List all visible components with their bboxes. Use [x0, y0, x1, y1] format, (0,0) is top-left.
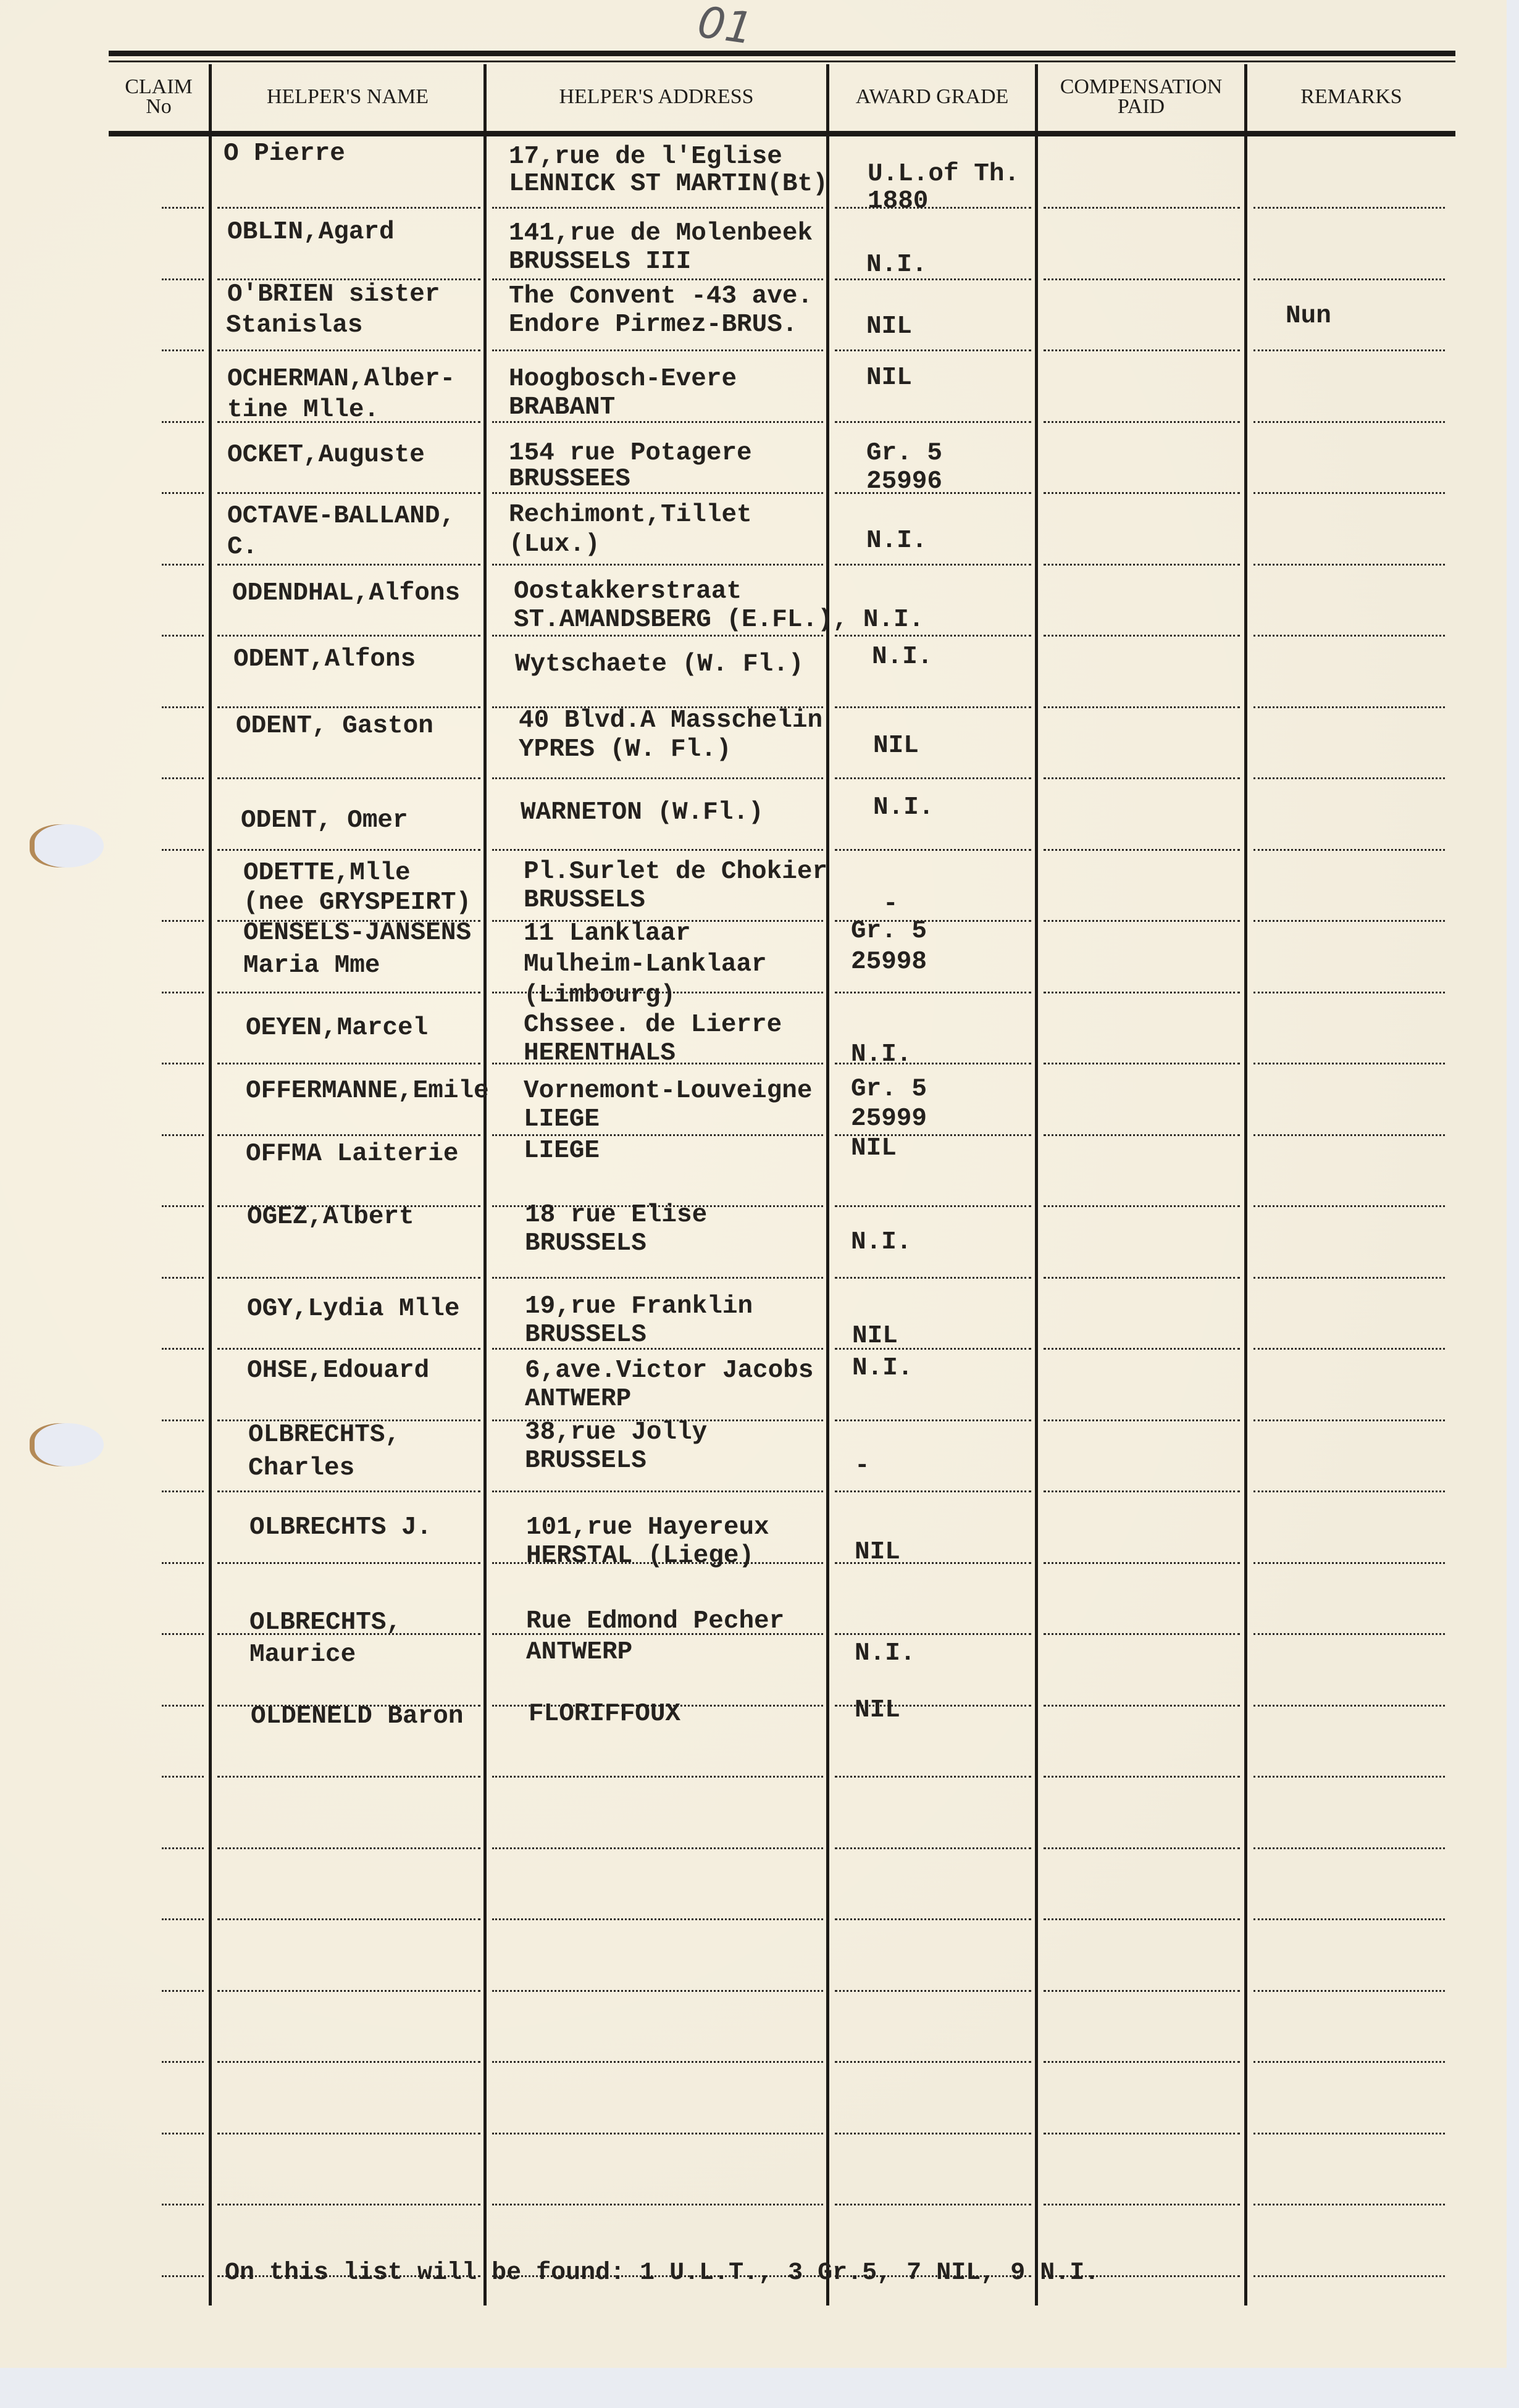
row-rule [1044, 706, 1240, 708]
row-18-address-line-1: 6,ave.Victor Jacobs [525, 1356, 813, 1386]
row-10-name: ODENT, Omer [241, 806, 408, 836]
row-rule [1253, 1134, 1445, 1136]
row-rule [1044, 1134, 1240, 1136]
row-19-address-line-1: 38,rue Jolly [525, 1418, 707, 1448]
row-11-address-line-1: Pl.Surlet de Chokier [524, 857, 827, 887]
row-rule [162, 1633, 204, 1635]
row-rule [835, 2061, 1031, 2063]
row-1-name: O Pierre [224, 139, 345, 169]
row-rule [492, 278, 823, 280]
row-rule [217, 2204, 480, 2205]
row-rule [1044, 564, 1240, 566]
header-top-rule [109, 51, 1455, 56]
row-19-address-line-2: BRUSSELS [525, 1446, 647, 1476]
row-2-address-line-2: BRUSSELS III [509, 247, 691, 277]
row-rule [217, 1277, 480, 1279]
row-rule [162, 564, 204, 566]
row-rule [835, 1277, 1031, 1279]
row-rule [1253, 2061, 1445, 2063]
row-rule [835, 421, 1031, 423]
row-rule [162, 920, 204, 922]
row-rule [162, 1776, 204, 1778]
row-rule [492, 777, 823, 779]
row-rule [1044, 492, 1240, 494]
row-rule [1253, 706, 1445, 708]
row-rule [217, 564, 480, 566]
row-9-address-line-2: YPRES (W. Fl.) [519, 735, 731, 765]
header-paid-label: PAID [1118, 97, 1165, 117]
row-rule [217, 2061, 480, 2063]
row-rule [1253, 1847, 1445, 1849]
row-rule [217, 492, 480, 494]
row-rule [162, 492, 204, 494]
row-rule [162, 1205, 204, 1207]
row-rule [217, 1063, 480, 1064]
row-rule [492, 849, 823, 851]
row-12-address-line-3: (Limbourg) [524, 980, 676, 1011]
row-3-name-line-1: O'BRIEN sister [227, 280, 440, 310]
row-rule [835, 1633, 1031, 1635]
row-4-award: NIL [866, 363, 912, 393]
row-rule [1253, 421, 1445, 423]
row-19-name-line-1: OLBRECHTS, [248, 1420, 400, 1450]
row-10-address: WARNETON (W.Fl.) [521, 798, 764, 828]
row-rule [217, 635, 480, 637]
row-rule [217, 706, 480, 708]
row-rule [1253, 849, 1445, 851]
row-rule [835, 564, 1031, 566]
row-5-award-line-1: Gr. 5 [866, 438, 942, 469]
column-divider-5 [1244, 64, 1247, 2306]
row-rule [217, 849, 480, 851]
row-1-award-line-1: U.L.of Th. [868, 159, 1019, 190]
row-rule [1044, 2204, 1240, 2205]
row-rule [1044, 1063, 1240, 1064]
row-14-address-line-1: Vornemont-Louveigne [524, 1076, 812, 1106]
row-17-name: OGY,Lydia Mlle [247, 1294, 459, 1324]
row-rule [1253, 1348, 1445, 1350]
row-14-name: OFFERMANNE,Emile [246, 1076, 489, 1106]
row-rule [492, 349, 823, 351]
row-9-name: ODENT, Gaston [236, 711, 433, 742]
row-16-address-line-2: BRUSSELS [525, 1229, 647, 1259]
row-rule [1044, 207, 1240, 209]
row-1-award-line-2: 1880 [868, 186, 928, 217]
row-rule [1253, 1918, 1445, 1920]
row-2-address-line-1: 141,rue de Molenbeek [509, 219, 813, 249]
header-helpers-name: HELPER'S NAME [212, 69, 483, 125]
punch-hole-bottom [30, 1423, 104, 1466]
row-rule [1253, 492, 1445, 494]
row-21-address-line-2: ANTWERP [526, 1637, 632, 1668]
row-11-address-line-2: BRUSSELS [524, 885, 645, 916]
column-divider-1 [209, 64, 212, 2306]
row-rule [492, 207, 823, 209]
row-rule [1044, 1705, 1240, 1707]
row-rule [162, 777, 204, 779]
header-compensation-label: COMPENSATION [1060, 77, 1223, 97]
row-rule [835, 278, 1031, 280]
row-rule [162, 2133, 204, 2134]
header-helpers-address: HELPER'S ADDRESS [487, 69, 826, 125]
row-rule [162, 849, 204, 851]
row-rule [1044, 278, 1240, 280]
row-rule [492, 1847, 823, 1849]
row-rule [1253, 1705, 1445, 1707]
row-11-name-line-1: ODETTE,Mlle [243, 858, 411, 888]
row-14-award-line-2: 25999 [851, 1104, 927, 1134]
row-rule [162, 1063, 204, 1064]
row-rule [162, 2204, 204, 2205]
row-6-address-line-2: (Lux.) [509, 530, 600, 560]
row-rule [835, 1990, 1031, 1992]
row-rule [162, 706, 204, 708]
row-rule [1253, 2275, 1445, 2277]
row-21-name-line-2: Maurice [249, 1640, 356, 1670]
column-divider-2 [483, 64, 487, 2306]
row-6-name-line-2: C. [227, 532, 257, 562]
row-rule [217, 2133, 480, 2134]
row-rule [1044, 777, 1240, 779]
row-20-address-line-2: HERSTAL (Liege) [526, 1541, 754, 1571]
row-17-address-line-2: BRUSSELS [525, 1320, 647, 1350]
row-14-award-line-1: Gr. 5 [851, 1074, 927, 1105]
row-1-address-line-2: LENNICK ST MARTIN(Bt) [509, 169, 828, 199]
row-rule [162, 2275, 204, 2277]
row-20-name: OLBRECHTS J. [249, 1513, 432, 1543]
row-rule [217, 1348, 480, 1350]
row-22-address: FLORIFFOUX [529, 1699, 680, 1729]
row-rule [217, 349, 480, 351]
row-21-award: N.I. [855, 1639, 915, 1669]
row-11-name-line-2: (nee GRYSPEIRT) [243, 888, 471, 918]
row-rule [1253, 1776, 1445, 1778]
row-17-award: NIL [852, 1321, 898, 1352]
row-rule [492, 1277, 823, 1279]
header-claim-no: CLAIM No [109, 69, 209, 125]
row-2-award: N.I. [866, 250, 927, 280]
row-8-address: Wytschaete (W. Fl.) [515, 650, 803, 680]
row-12-name-line-1: OENSELS-JANSENS [243, 918, 471, 948]
row-12-award-line-1: Gr. 5 [851, 916, 927, 947]
row-rule [835, 777, 1031, 779]
row-rule [162, 1918, 204, 1920]
row-rule [1253, 635, 1445, 637]
row-13-award: N.I. [851, 1040, 911, 1070]
row-rule [162, 635, 204, 637]
row-12-address-line-2: Mulheim-Lanklaar [524, 950, 767, 980]
row-rule [217, 1776, 480, 1778]
row-4-name-line-1: OCHERMAN,Alber- [227, 364, 455, 395]
row-19-name-line-2: Charles [248, 1453, 354, 1484]
row-22-award: NIL [855, 1695, 900, 1726]
row-rule [835, 1419, 1031, 1421]
row-rule [1253, 1633, 1445, 1635]
row-rule [217, 1847, 480, 1849]
row-7-name: ODENDHAL,Alfons [232, 579, 460, 609]
row-rule [1044, 1918, 1240, 1920]
row-rule [835, 1205, 1031, 1207]
row-rule [492, 1918, 823, 1920]
row-rule [1253, 1205, 1445, 1207]
row-4-address-line-1: Hoogbosch-Evere [509, 364, 737, 395]
row-rule [1044, 635, 1240, 637]
row-3-address-line-1: The Convent -43 ave. [509, 282, 813, 312]
row-8-award: N.I. [872, 642, 932, 672]
row-rule [217, 1134, 480, 1136]
row-rule [1044, 849, 1240, 851]
row-rule [1044, 2133, 1240, 2134]
row-4-name-line-2: tine Mlle. [227, 395, 379, 425]
row-rule [1044, 1990, 1240, 1992]
row-rule [1044, 1776, 1240, 1778]
row-rule [1253, 1490, 1445, 1492]
row-15-award: NIL [851, 1134, 897, 1164]
row-rule [1253, 992, 1445, 993]
row-rule [217, 1918, 480, 1920]
row-rule [492, 1776, 823, 1778]
row-rule [162, 1490, 204, 1492]
row-15-name: OFFMA Laiterie [246, 1139, 458, 1169]
row-18-address-line-2: ANTWERP [525, 1384, 631, 1415]
row-20-award: NIL [855, 1537, 900, 1568]
row-rule [1253, 2133, 1445, 2134]
row-3-address-line-2: Endore Pirmez-BRUS. [509, 310, 797, 340]
row-rule [1044, 1633, 1240, 1635]
row-9-award: NIL [873, 731, 919, 761]
row-rule [492, 1490, 823, 1492]
row-rule [217, 1990, 480, 1992]
row-rule [162, 992, 204, 993]
row-10-award: N.I. [873, 793, 934, 823]
row-16-award: N.I. [851, 1227, 911, 1258]
row-12-address-line-1: 11 Lanklaar [524, 919, 691, 949]
row-5-address-line-2: BRUSSEES [509, 464, 630, 495]
row-rule [1044, 1419, 1240, 1421]
row-rule [1253, 349, 1445, 351]
row-rule [835, 349, 1031, 351]
row-rule [162, 1705, 204, 1707]
row-5-name: OCKET,Auguste [227, 440, 425, 470]
row-14-address-line-2: LIEGE [524, 1105, 600, 1135]
pencil-page-mark: 01 [695, 0, 756, 54]
row-rule [217, 207, 480, 209]
row-17-address-line-1: 19,rue Franklin [525, 1292, 753, 1322]
row-rule [492, 2204, 823, 2205]
column-divider-3 [826, 64, 829, 2306]
header-claim-label: CLAIM [125, 77, 193, 97]
header-bottom-rule [109, 131, 1455, 136]
row-rule [1044, 2061, 1240, 2063]
row-rule [835, 207, 1031, 209]
row-rule [162, 2061, 204, 2063]
row-rule [162, 278, 204, 280]
row-rule [217, 777, 480, 779]
list-summary: On this list will be found: 1 U.L.T., 3 … [225, 2258, 1099, 2288]
row-rule [162, 1847, 204, 1849]
row-rule [1253, 1063, 1445, 1064]
row-16-address-line-1: 18 rue Elise [525, 1200, 707, 1231]
row-rule [1253, 1277, 1445, 1279]
row-3-remarks: Nun [1286, 301, 1331, 332]
row-18-award: N.I. [852, 1353, 913, 1384]
row-3-name-line-2: Stanislas [226, 311, 362, 341]
row-4-address-line-2: BRABANT [509, 393, 615, 423]
row-rule [1044, 1562, 1240, 1564]
row-rule [1044, 1348, 1240, 1350]
header-no-label: No [146, 97, 172, 117]
row-21-address-line-1: Rue Edmond Pecher [526, 1607, 784, 1637]
row-rule [1253, 920, 1445, 922]
row-21-name-line-1: OLBRECHTS, [249, 1608, 401, 1638]
row-rule [1044, 1277, 1240, 1279]
row-3-award: NIL [866, 312, 912, 342]
header-top-thin-rule [109, 61, 1455, 62]
row-2-name: OBLIN,Agard [227, 217, 395, 248]
row-22-name: OLDENELD Baron [251, 1702, 463, 1732]
row-rule [1253, 777, 1445, 779]
row-rule [492, 564, 823, 566]
row-rule [162, 1990, 204, 1992]
row-rule [217, 1562, 480, 1564]
row-rule [162, 1277, 204, 1279]
row-rule [492, 1990, 823, 1992]
row-18-name: OHSE,Edouard [247, 1356, 429, 1386]
row-7-address-line-2: ST.AMANDSBERG (E.FL.), N.I. [514, 605, 924, 635]
row-rule [162, 1134, 204, 1136]
row-rule [162, 1348, 204, 1350]
row-12-award-line-2: 25998 [851, 947, 927, 977]
row-rule [217, 992, 480, 993]
row-rule [1044, 421, 1240, 423]
row-rule [835, 2133, 1031, 2134]
row-rule [835, 1776, 1031, 1778]
row-rule [835, 1490, 1031, 1492]
row-rule [1044, 920, 1240, 922]
punch-hole-top [30, 824, 104, 867]
row-rule [162, 1562, 204, 1564]
row-rule [1253, 1990, 1445, 1992]
row-rule [1253, 1562, 1445, 1564]
row-rule [217, 1490, 480, 1492]
row-13-address-line-2: HERENTHALS [524, 1039, 676, 1069]
row-rule [1044, 1490, 1240, 1492]
row-6-address-line-1: Rechimont,Tillet [509, 500, 752, 530]
header-remarks: REMARKS [1247, 69, 1455, 125]
row-1-address-line-1: 17,rue de l'Eglise [509, 142, 782, 172]
row-rule [835, 1847, 1031, 1849]
row-rule [492, 2061, 823, 2063]
row-11-award: - [883, 889, 898, 919]
row-rule [1044, 349, 1240, 351]
row-rule [1044, 1847, 1240, 1849]
row-8-name: ODENT,Alfons [233, 645, 416, 675]
row-rule [1253, 278, 1445, 280]
row-rule [1253, 564, 1445, 566]
row-6-award: N.I. [866, 526, 927, 556]
document-page [0, 0, 1507, 2368]
row-5-award-line-2: 25996 [866, 467, 942, 497]
row-rule [835, 706, 1031, 708]
row-20-address-line-1: 101,rue Hayereux [526, 1513, 769, 1543]
row-rule [162, 207, 204, 209]
row-12-name-line-2: Maria Mme [243, 951, 380, 981]
row-rule [162, 421, 204, 423]
row-16-name: OGEZ,Albert [247, 1202, 414, 1232]
row-rule [1253, 1419, 1445, 1421]
header-compensation-paid: COMPENSATION PAID [1038, 69, 1244, 125]
row-rule [835, 992, 1031, 993]
header-award-grade: AWARD GRADE [829, 69, 1035, 125]
row-6-name-line-1: OCTAVE-BALLAND, [227, 501, 455, 532]
row-rule [835, 849, 1031, 851]
row-rule [1253, 2204, 1445, 2205]
row-rule [835, 1918, 1031, 1920]
row-rule [1044, 992, 1240, 993]
row-13-address-line-1: Chssee. de Lierre [524, 1010, 782, 1040]
row-15-address: LIEGE [524, 1136, 600, 1166]
row-rule [162, 1419, 204, 1421]
row-7-address-line-1: Oostakkerstraat [514, 577, 742, 607]
row-rule [162, 349, 204, 351]
row-13-name: OEYEN,Marcel [246, 1013, 428, 1043]
row-9-address-line-1: 40 Blvd.A Masschelin [519, 706, 822, 736]
row-rule [1044, 1205, 1240, 1207]
row-rule [492, 2133, 823, 2134]
row-19-award: - [855, 1451, 870, 1481]
row-rule [1253, 207, 1445, 209]
row-rule [835, 2204, 1031, 2205]
column-divider-4 [1035, 64, 1038, 2306]
